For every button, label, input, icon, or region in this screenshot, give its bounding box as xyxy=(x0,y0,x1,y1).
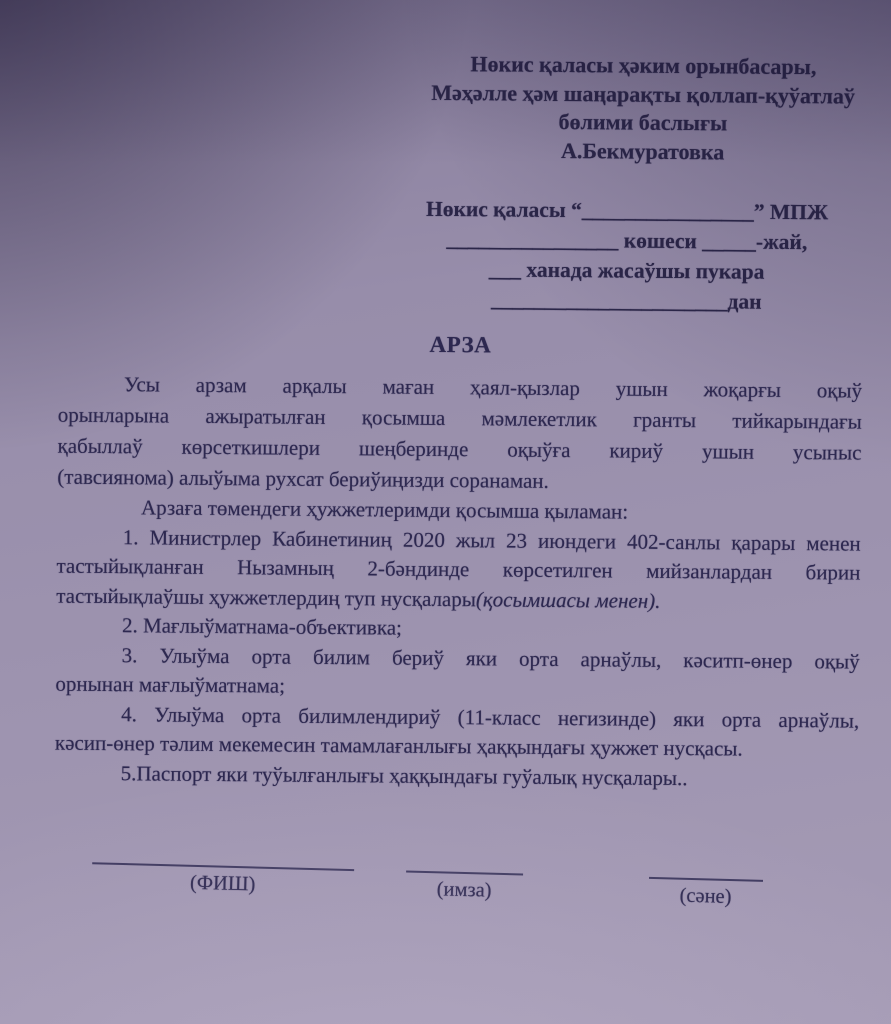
signature-sign-label: (имза) xyxy=(405,872,523,903)
recipient-line: Мәҳәлле ҳәм шаңарақты қоллап-қуўатлаў xyxy=(391,78,891,111)
attachment-item-4: 4. Улыўма орта билимлендириў (11-класс н… xyxy=(55,699,859,765)
document-title: АРЗА xyxy=(58,327,862,364)
applicant-mahalla-line: Нөкис қаласы “________________” МПЖ xyxy=(360,193,891,228)
applicant-residence-line: ___ ханада жасаўшы пукара xyxy=(359,253,891,288)
recipient-block: Нөкис қаласы ҳәким орынбасары, Мәҳәлле ҳ… xyxy=(390,50,891,168)
attachment-item-3: 3. Улыўма орта билим бериў яки орта арна… xyxy=(55,640,859,706)
body-paragraph: Усы арзам арқалы маған ҳаял-қызлар ушын … xyxy=(57,369,862,500)
signature-name-field: (ФИШ) xyxy=(91,862,354,899)
application-document: Нөкис қаласы ҳәким орынбасары, Мәҳәлле ҳ… xyxy=(0,0,891,1024)
attachment-line-text: тастыйықлаўшы ҳужжетлердиң туп нусқалары xyxy=(56,583,476,611)
recipient-line: бөлими баслығы xyxy=(390,107,891,140)
recipient-line: Нөкис қаласы ҳәким орынбасары, xyxy=(391,50,891,83)
signature-date-field: (сәне) xyxy=(648,877,763,910)
applicant-name-blank-line: ______________________дан xyxy=(359,283,891,318)
signature-sign-field: (имза) xyxy=(405,870,523,903)
signature-date-label: (сәне) xyxy=(648,879,763,910)
applicant-street-line: ________________ көшеси _____-жай, xyxy=(359,223,891,258)
signature-row: (ФИШ) (имза) (сәне) xyxy=(91,862,858,912)
attachments-list: Арзаға төмендеги ҳужжетлеримди қосымша қ… xyxy=(55,493,862,795)
recipient-name: А.Бекмуратовка xyxy=(390,135,891,168)
applicant-block: Нөкис қаласы “________________” МПЖ ____… xyxy=(359,193,891,318)
attachment-item-1: 1. Министрлер Кабинетиниң 2020 жыл 23 ию… xyxy=(56,522,861,618)
attachment-italic-note: (қосымшасы менен). xyxy=(476,587,661,613)
signature-name-label: (ФИШ) xyxy=(91,864,354,899)
document-photo: Нөкис қаласы ҳәким орынбасары, Мәҳәлле ҳ… xyxy=(0,0,891,1024)
